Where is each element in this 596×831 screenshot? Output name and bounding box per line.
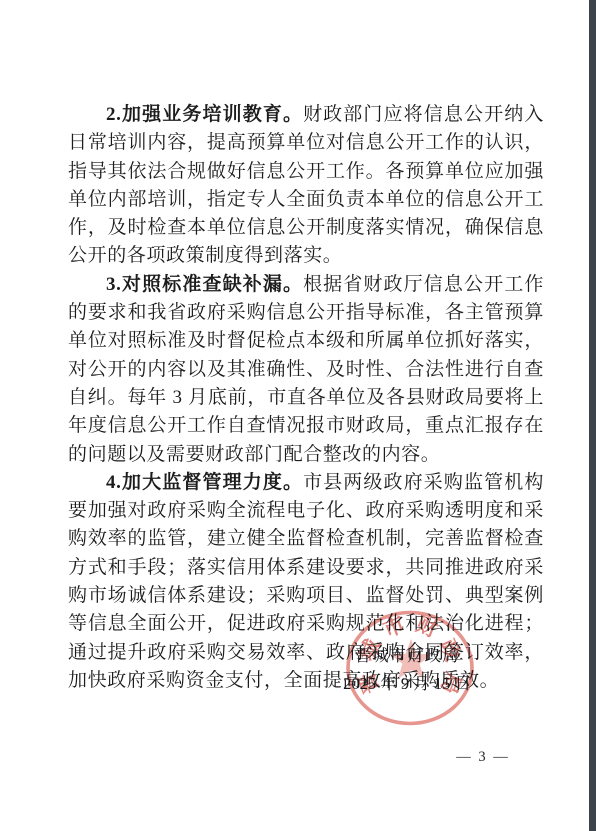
document-body-text: 2.加强业务培训教育。财政部门应将信息公开纳入日常培训内容，提高预算单位对信息公… [68, 101, 544, 695]
signature-date: 2025 年 9 月 15 日 [330, 670, 484, 694]
page-number: — 3 — [437, 749, 529, 766]
scanned-document-page: { "document": { "paragraphs": [ { "headi… [0, 0, 596, 831]
scan-edge-shadow [589, 0, 596, 831]
paragraph-body: 财政部门应将信息公开纳入日常培训内容，提高预算单位对信息公开工作的认识，指导其依… [68, 104, 544, 266]
paragraph-heading: 4.加大监督管理力度。 [106, 472, 303, 493]
signature-organization: 晋城市财政局 [337, 642, 477, 666]
paragraph-standards-check: 3.对照标准查缺补漏。根据省财政厅信息公开工作的要求和我省政府采购信息公开指导标… [68, 271, 544, 469]
paragraph-body: 根据省财政厅信息公开工作的要求和我省政府采购信息公开指导标准，各主管预算单位对照… [68, 274, 544, 465]
paragraph-heading: 2.加强业务培训教育。 [106, 104, 303, 125]
paragraph-training-education: 2.加强业务培训教育。财政部门应将信息公开纳入日常培训内容，提高预算单位对信息公… [68, 101, 544, 271]
paragraph-heading: 3.对照标准查缺补漏。 [106, 274, 303, 295]
